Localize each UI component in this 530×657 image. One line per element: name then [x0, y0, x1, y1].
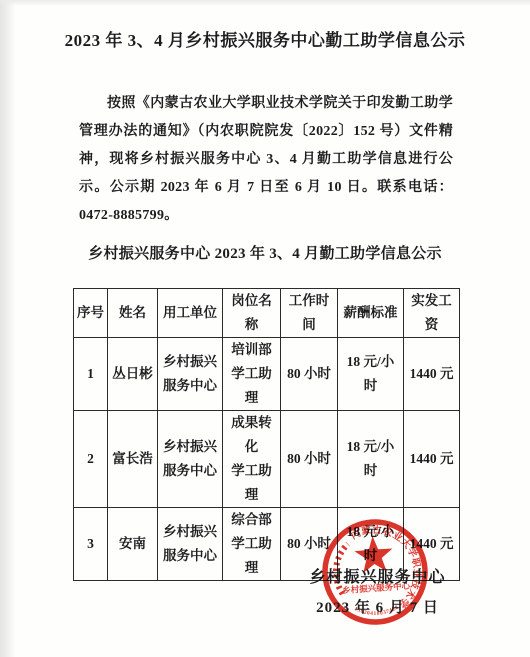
- header-cell-employer: 用工单位: [158, 289, 223, 338]
- signature-date: 2023 年 6 月 7 日: [295, 596, 460, 617]
- header-cell-pay: 实发工资: [404, 289, 460, 338]
- cell-index: 3: [74, 508, 108, 581]
- cell-employer: 乡村振兴 服务中心: [158, 338, 223, 411]
- table-row: 1 丛日彬 乡村振兴 服务中心 培训部 学工助理 80 小时 18 元/小时 1…: [74, 338, 460, 411]
- cell-pay: 1440 元: [404, 411, 460, 508]
- document-page: 2023 年 3、4 月乡村振兴服务中心勤工助学信息公示 按照《内蒙古农业大学职…: [0, 0, 530, 657]
- page-title: 2023 年 3、4 月乡村振兴服务中心勤工助学信息公示: [0, 26, 530, 51]
- cell-name: 丛日彬: [108, 338, 158, 411]
- cell-hours: 80 小时: [281, 338, 338, 411]
- cell-employer: 乡村振兴 服务中心: [158, 508, 223, 581]
- cell-pay: 1440 元: [404, 338, 460, 411]
- cell-index: 2: [74, 411, 108, 508]
- signature-org: 乡村振兴服务中心: [295, 564, 460, 587]
- table-row: 2 富长浩 乡村振兴 服务中心 成果转化 学工助理 80 小时 18 元/小时 …: [74, 411, 460, 508]
- cell-employer: 乡村振兴 服务中心: [158, 411, 223, 508]
- cell-hours: 80 小时: [281, 411, 338, 508]
- header-cell-index: 序号: [74, 289, 108, 338]
- cell-position: 综合部 学工助理: [223, 508, 281, 581]
- signature-block: 乡村振兴服务中心 2023 年 6 月 7 日: [295, 564, 460, 617]
- cell-position: 培训部 学工助理: [223, 338, 281, 411]
- cell-rate: 18 元/小时: [338, 338, 404, 411]
- header-cell-name: 姓名: [108, 289, 158, 338]
- table-header-row: 序号 姓名 用工单位 岗位名称 工作时间 薪酬标准 实发工资: [74, 289, 460, 338]
- notice-paragraph: 按照《内蒙古农业大学职业技术学院关于印发勤工助学管理办法的通知》（内农职院院发〔…: [79, 90, 453, 230]
- header-cell-hours: 工作时间: [281, 289, 338, 338]
- cell-position: 成果转化 学工助理: [223, 411, 281, 508]
- cell-name: 安南: [108, 508, 158, 581]
- header-cell-position: 岗位名称: [223, 289, 281, 338]
- cell-name: 富长浩: [108, 411, 158, 508]
- scan-edge-shadow-left: [0, 0, 16, 657]
- scan-edge-shadow-top: [0, 0, 530, 6]
- cell-index: 1: [74, 338, 108, 411]
- header-cell-rate: 薪酬标准: [338, 289, 404, 338]
- cell-rate: 18 元/小时: [338, 411, 404, 508]
- table-title: 乡村振兴服务中心 2023 年 3、4 月勤工助学信息公示: [0, 242, 530, 263]
